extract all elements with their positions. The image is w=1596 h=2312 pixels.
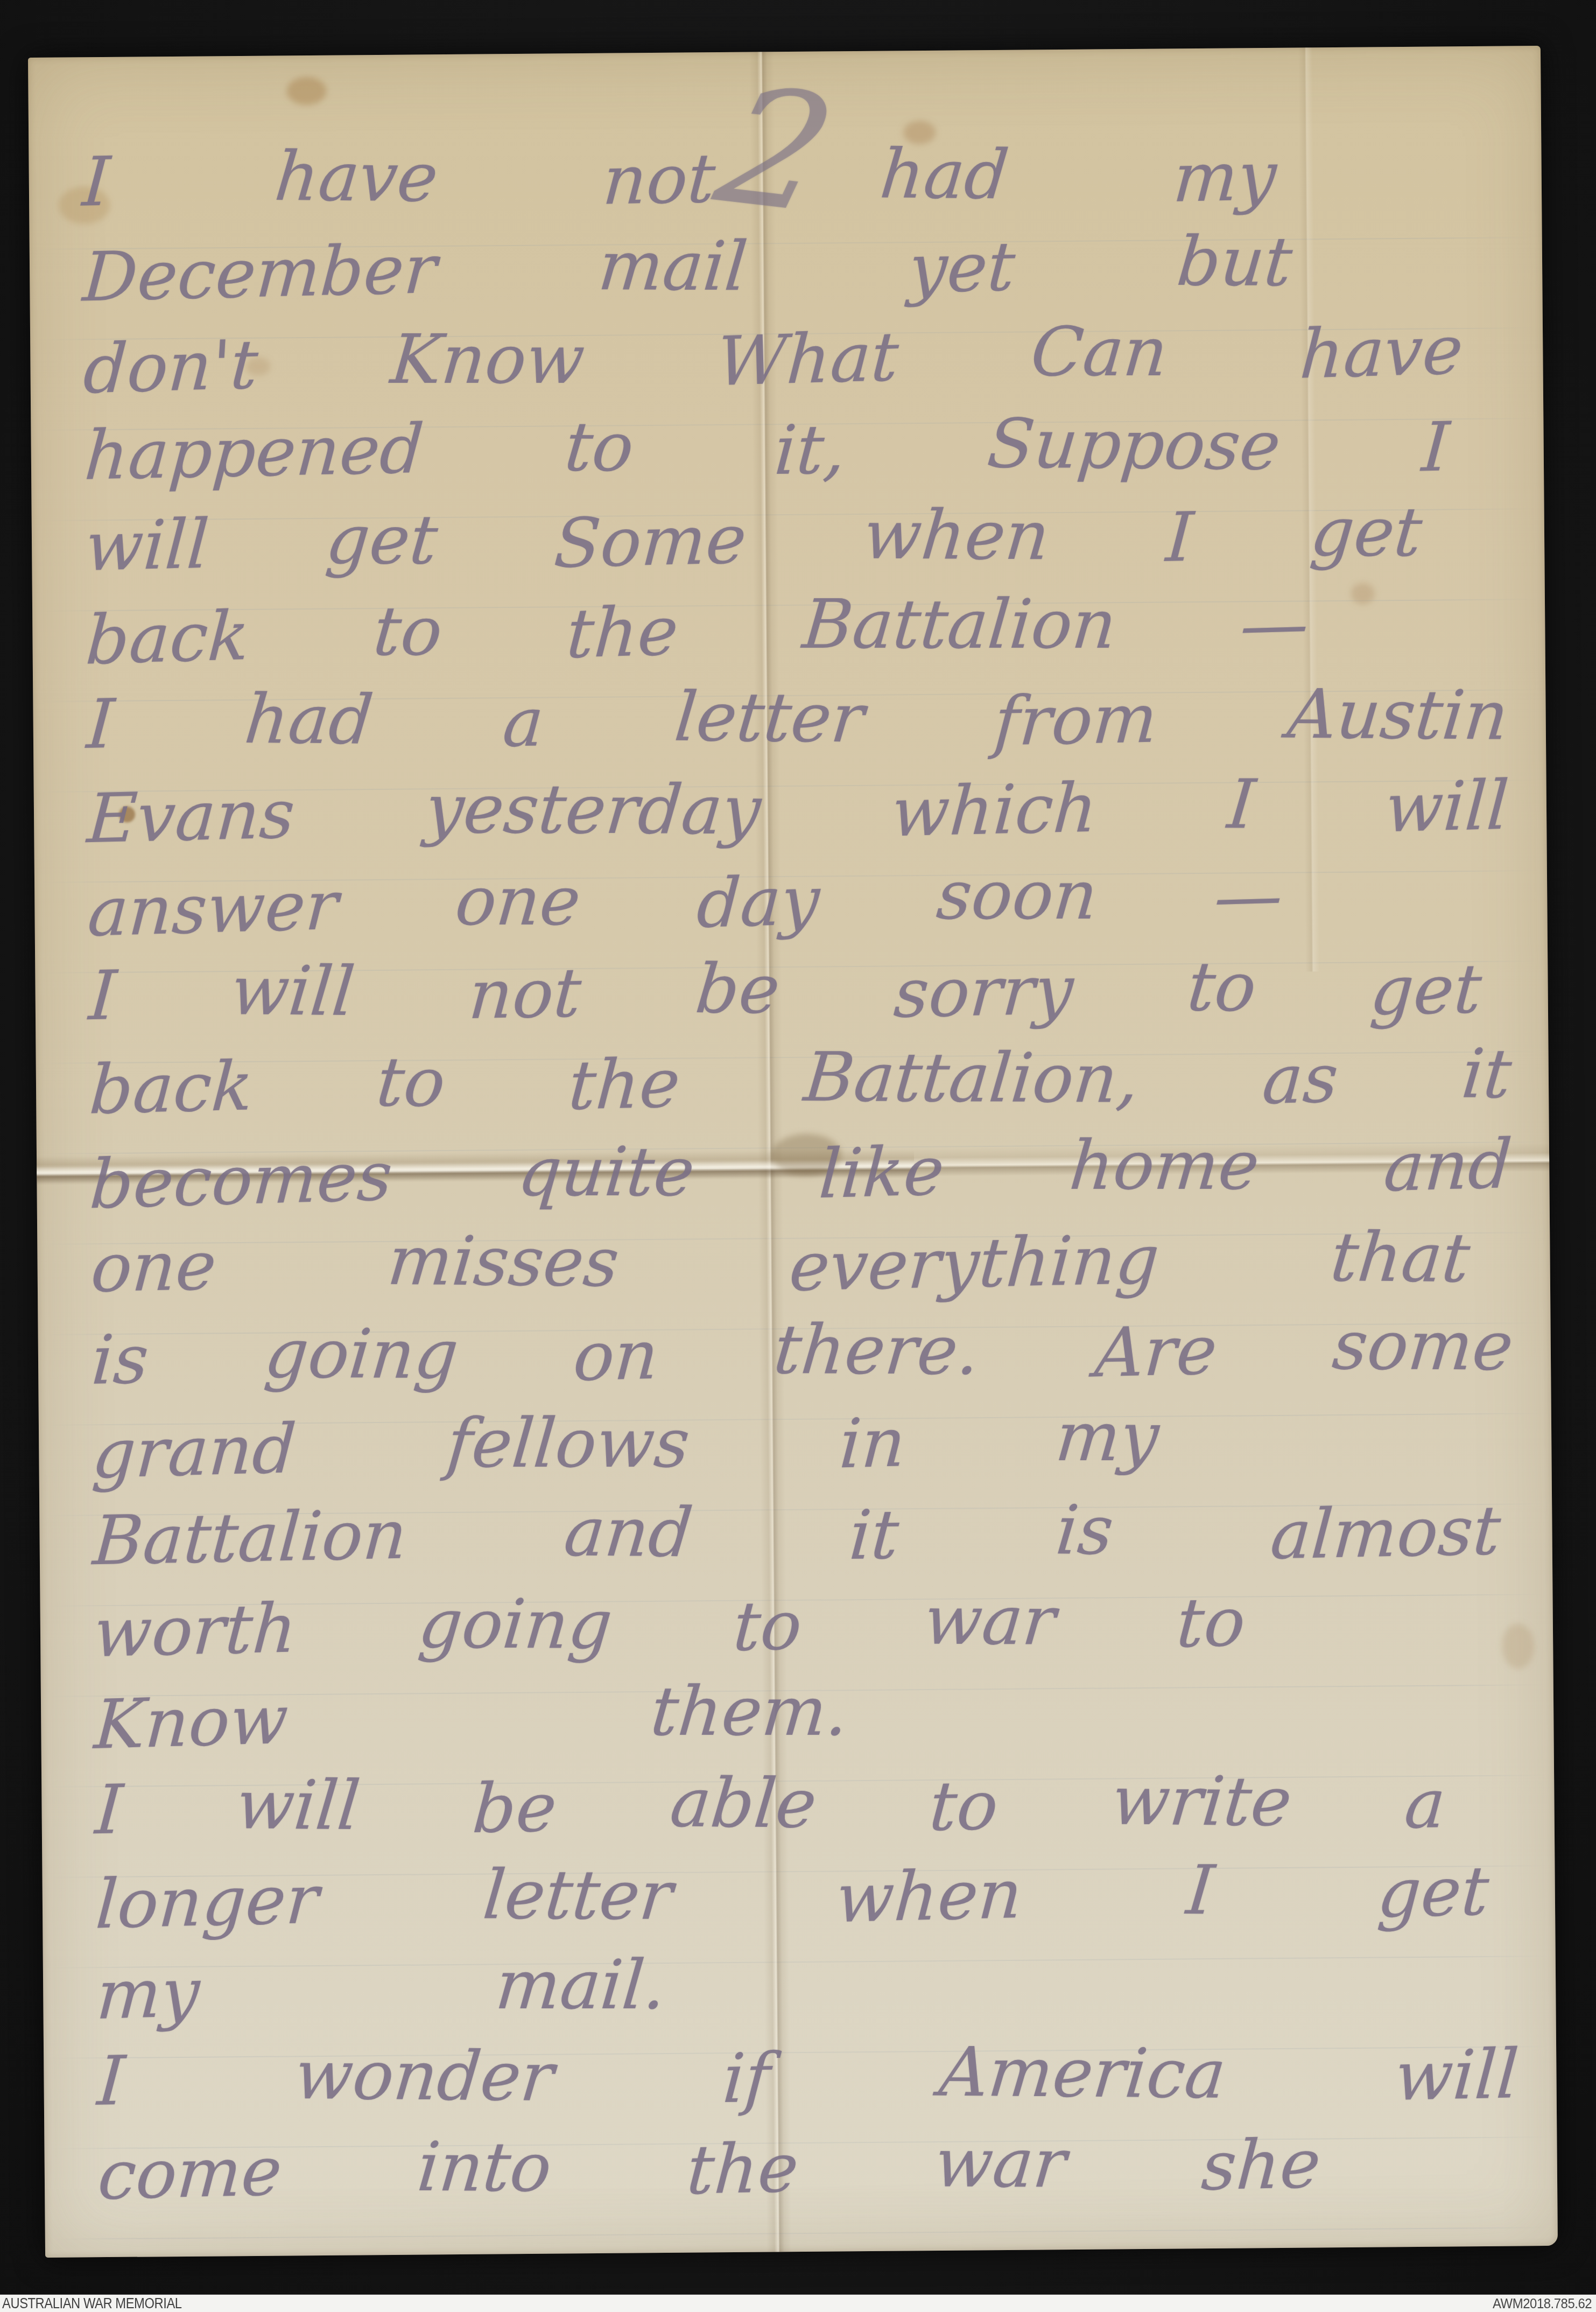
letter-line: happenedtoit,SupposeI [82,405,1452,492]
letter-line: Iwillbeabletowritea [93,1762,1449,1849]
letter-line: longerletterwhenIget [93,1850,1492,1942]
letter-line: IhadaletterfromAustin [84,676,1511,763]
archive-name: AUSTRALIAN WAR MEMORIAL [2,2295,182,2312]
letter-line: isgoingonthere.Aresome [89,1307,1516,1399]
letter-line: worthgoingtowarto [91,1580,1248,1670]
photographed-document-scan: 2 IhavenothadmyDecembermailyetbutdon'tKn… [0,0,1596,2312]
letter-line: Knowthem. [92,1672,851,1762]
letter-line: IwonderifAmericawill [95,2033,1522,2120]
letter-line: grandfellowsinmy [89,1398,1162,1491]
letter-page: 2 IhavenothadmyDecembermailyetbutdon'tKn… [28,46,1558,2258]
letter-line: EvansyesterdaywhichIwill [85,764,1512,856]
letter-line: backtotheBattalion,asit [87,1035,1514,1127]
letter-line: Decembermailyetbut [80,223,1295,314]
letter-line: mymail. [94,1946,669,2034]
letter-line: onemisseseverythingthat [88,1220,1473,1306]
letter-line: don'tKnowWhatCanhave [81,310,1466,407]
letter-line: becomesquitelikehomeand [87,1123,1515,1221]
catalog-number: AWM2018.785.62 [1493,2295,1592,2312]
letter-line: comeintothewarshe [95,2122,1324,2213]
letter-line: Iwillnotbesorrytoget [86,948,1485,1034]
letter-lines: IhavenothadmyDecembermailyetbutdon'tKnow… [82,46,1520,2258]
letter-line: willgetSomewhenIget [82,494,1424,585]
letter-line: backtotheBattalion— [83,582,1311,678]
letter-line: Battalionanditisalmost [90,1490,1503,1577]
letter-line: Ihavenothadmy [80,135,1279,221]
letter-line: answeronedaysoon— [85,854,1285,949]
archive-footer: AUSTRALIAN WAR MEMORIAL AWM2018.785.62 [0,2295,1596,2312]
